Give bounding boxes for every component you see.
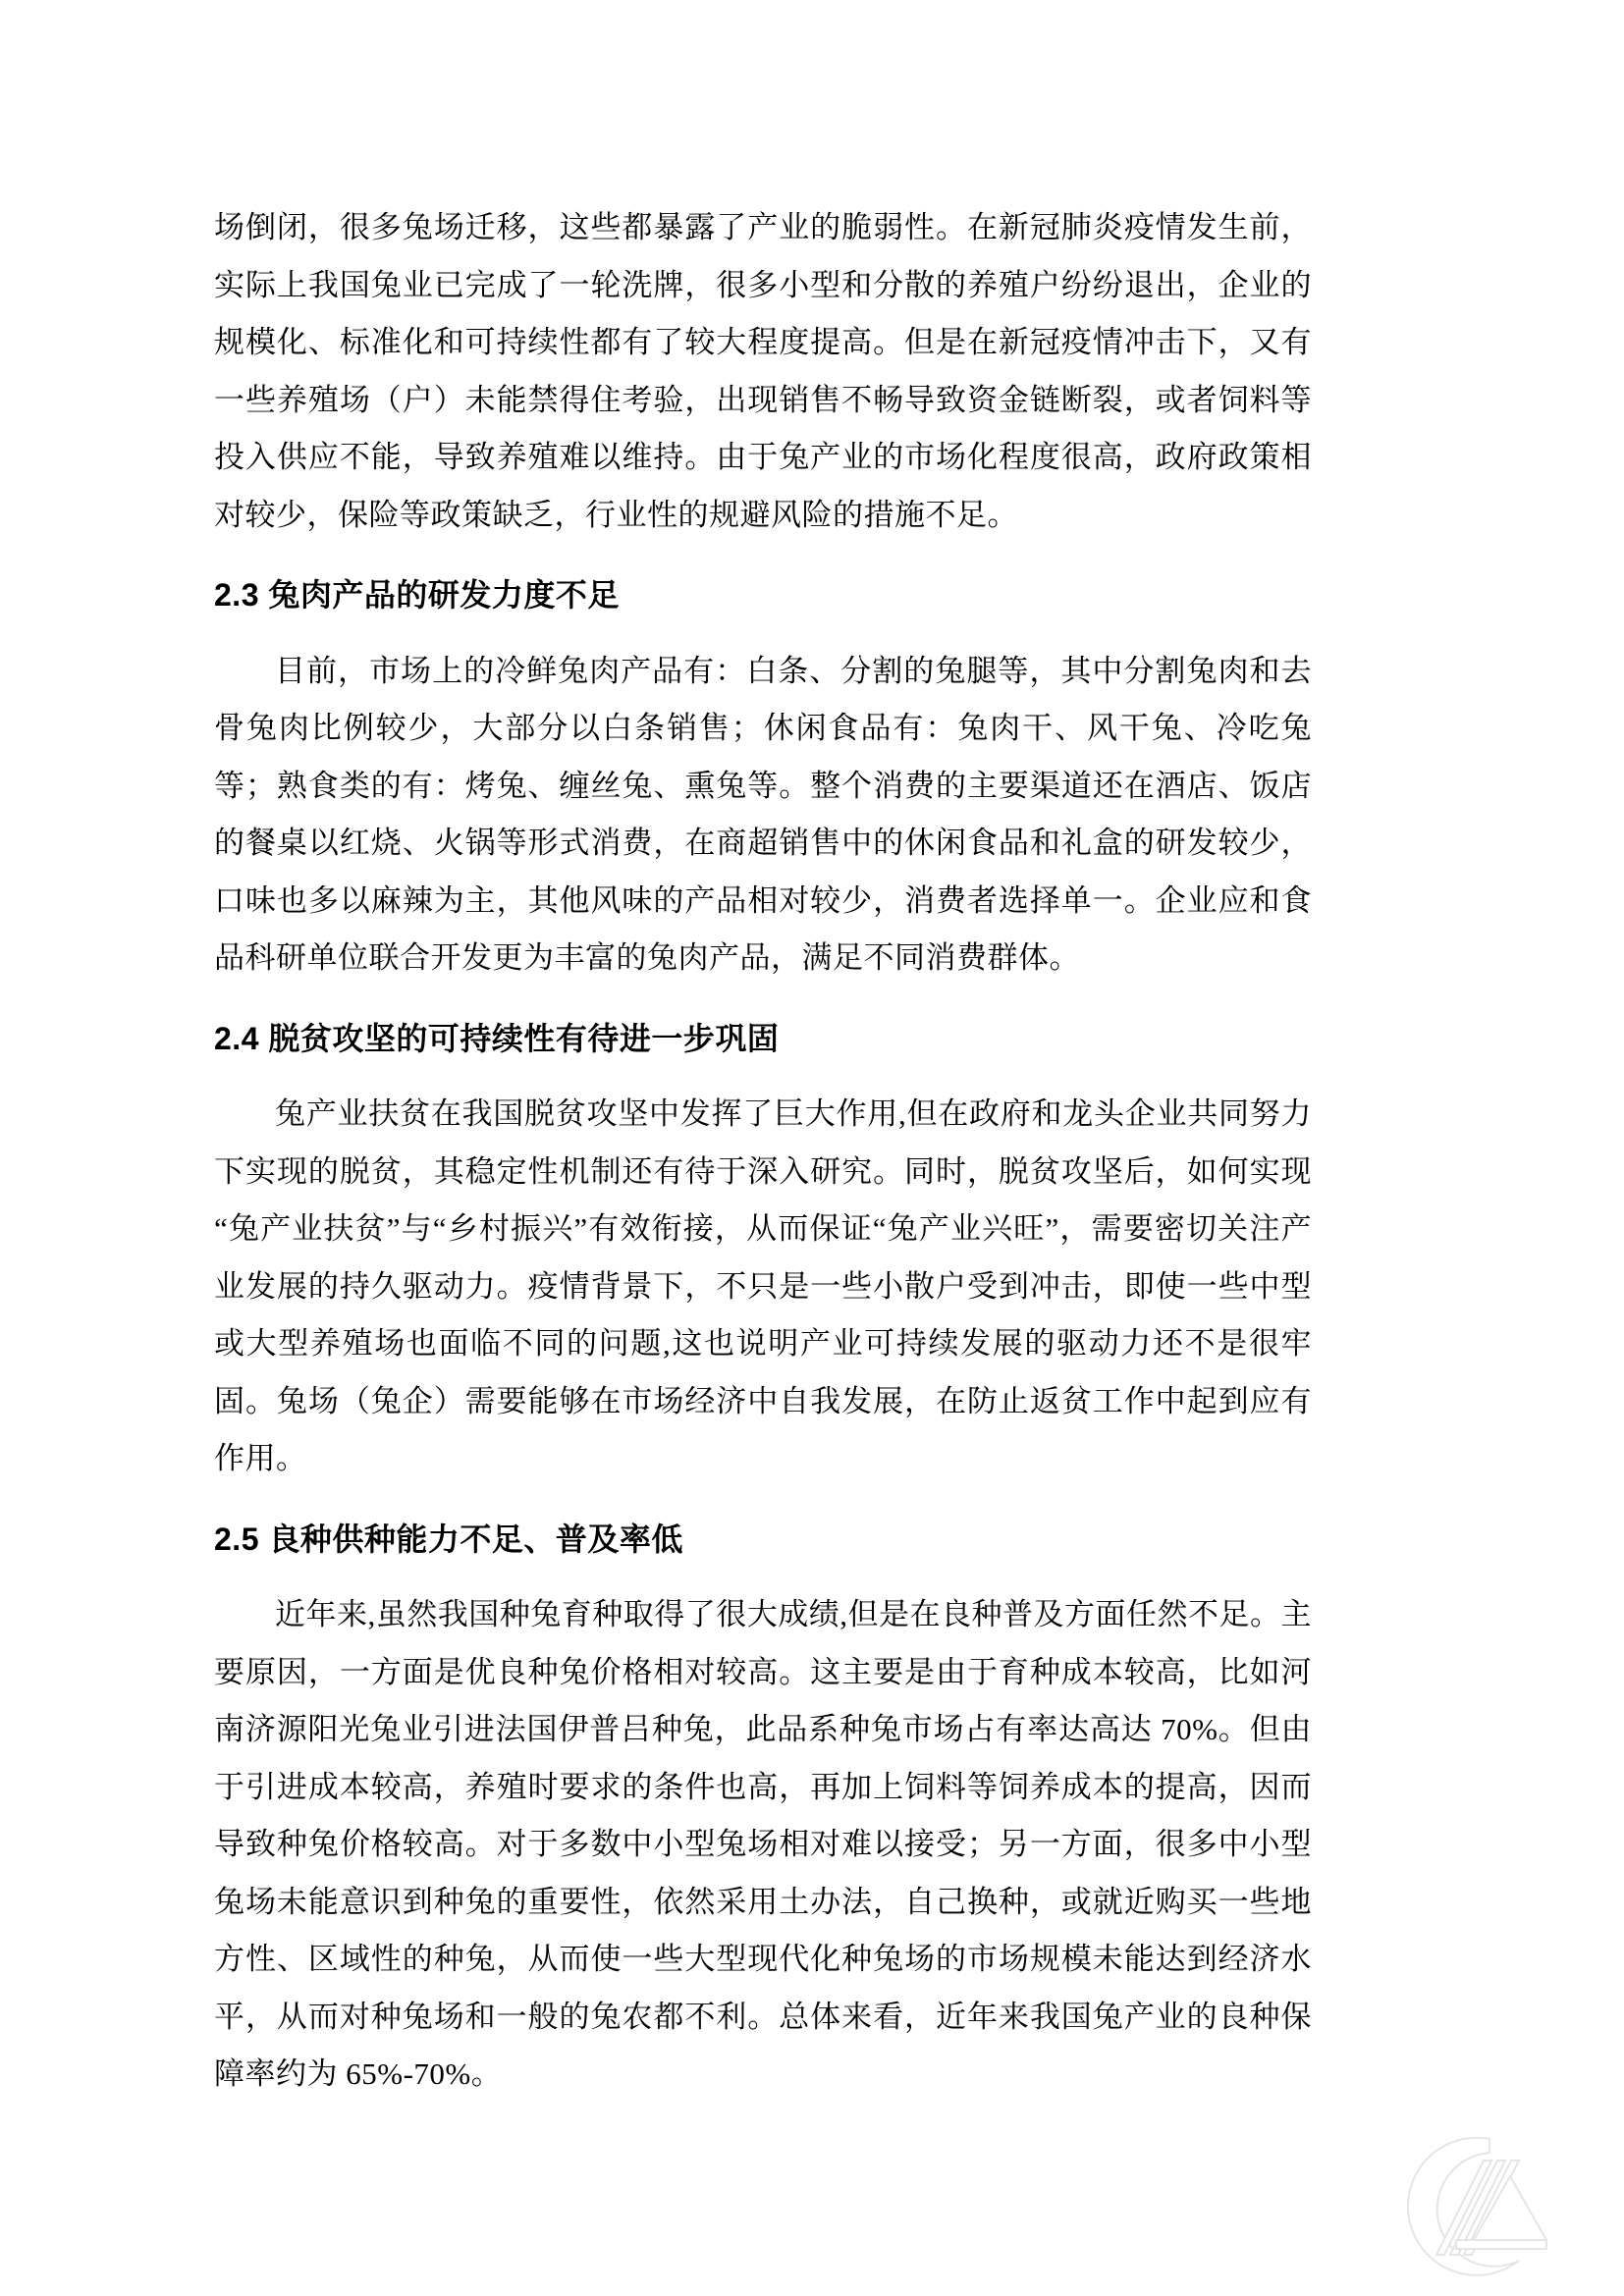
document-content: 场倒闭，很多兔场迁移，这些都暴露了产业的脆弱性。在新冠肺炎疫情发生前，实际上我国… (214, 199, 1312, 2104)
section-heading-2-5: 2.5 良种供种能力不足、普及率低 (214, 1511, 1312, 1569)
body-paragraph-2-3: 目前，市场上的冷鲜兔肉产品有：白条、分割的兔腿等，其中分割兔肉和去骨兔肉比例较少… (214, 643, 1312, 988)
section-heading-2-4: 2.4 脱贫攻坚的可持续性有待进一步巩固 (214, 1010, 1312, 1068)
watermark-logo (1399, 2125, 1566, 2292)
body-paragraph-2-4: 兔产业扶贫在我国脱贫攻坚中发挥了巨大作用,但在政府和龙头企业共同努力下实现的脱贫… (214, 1086, 1312, 1488)
body-paragraph-continuation: 场倒闭，很多兔场迁移，这些都暴露了产业的脆弱性。在新冠肺炎疫情发生前，实际上我国… (214, 199, 1312, 544)
document-page: 场倒闭，很多兔场迁移，这些都暴露了产业的脆弱性。在新冠肺炎疫情发生前，实际上我国… (0, 0, 1624, 2296)
section-heading-2-3: 2.3 兔肉产品的研发力度不足 (214, 566, 1312, 624)
crescent-stripes-logo-icon (1399, 2125, 1556, 2282)
body-paragraph-2-5: 近年来,虽然我国种兔育种取得了很大成绩,但是在良种普及方面任然不足。主要原因，一… (214, 1586, 1312, 2104)
